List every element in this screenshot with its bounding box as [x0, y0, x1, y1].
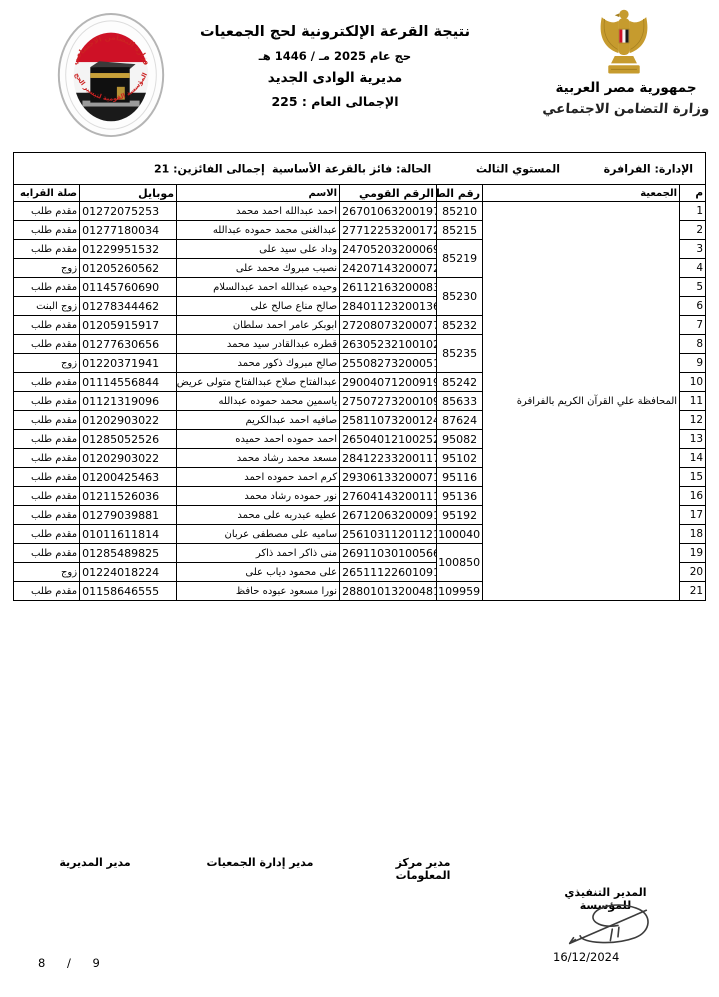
national-id-cell: 24207143200072 — [340, 259, 437, 278]
sign-directorate-manager: مدير المديرية — [45, 856, 145, 869]
name-cell: ساميه على مصطفى عربان — [177, 525, 340, 544]
relation-cell: مقدم طلب — [14, 240, 80, 259]
page-current: 8 — [38, 956, 45, 970]
national-id-cell: 26712063200091 — [340, 506, 437, 525]
mobile-cell: 01114556844 — [80, 373, 177, 392]
name-cell: على محمود دياب على — [177, 563, 340, 582]
row-number-cell: 14 — [680, 449, 706, 468]
ministry-calligraphy: وزارة التضامن الاجتماعي — [537, 101, 714, 117]
column-header: صلة القرابه — [14, 185, 80, 202]
row-number-cell: 20 — [680, 563, 706, 582]
national-id-cell: 26504012100252 — [340, 430, 437, 449]
mobile-cell: 01279039881 — [80, 506, 177, 525]
mobile-cell: 01202903022 — [80, 411, 177, 430]
national-id-cell: 25811073200124 — [340, 411, 437, 430]
directorate-line: مديرية الوادى الجديد — [185, 70, 485, 86]
row-number-cell: 11 — [680, 392, 706, 411]
document-date: 16/12/2024 — [553, 950, 619, 964]
name-cell: نصيب مبروك محمد على — [177, 259, 340, 278]
national-id-cell: 26911030100566 — [340, 544, 437, 563]
row-number-cell: 4 — [680, 259, 706, 278]
national-id-cell: 27604143200111 — [340, 487, 437, 506]
mobile-cell: 01202903022 — [80, 449, 177, 468]
row-number-cell: 5 — [680, 278, 706, 297]
row-number-cell: 1 — [680, 202, 706, 221]
national-id-cell: 25610311201121 — [340, 525, 437, 544]
mobile-cell: 01278344462 — [80, 297, 177, 316]
relation-cell: زوج — [14, 563, 80, 582]
egypt-eagle-emblem-icon — [596, 6, 652, 80]
mobile-cell: 01205260562 — [80, 259, 177, 278]
name-cell: وداد على سيد على — [177, 240, 340, 259]
column-header: رقم الطلب — [437, 185, 483, 202]
relation-cell: مقدم طلب — [14, 468, 80, 487]
relation-cell: مقدم طلب — [14, 430, 80, 449]
republic-title: جمهورية مصر العربية — [538, 80, 714, 96]
mobile-cell: 01121319096 — [80, 392, 177, 411]
row-number-cell: 6 — [680, 297, 706, 316]
relation-cell: زوج — [14, 259, 80, 278]
column-header: الجمعية — [483, 185, 680, 202]
mobile-cell: 01158646555 — [80, 582, 177, 601]
column-header: موبايل — [80, 185, 177, 202]
relation-cell: مقدم طلب — [14, 373, 80, 392]
mobile-cell: 01272075253 — [80, 202, 177, 221]
request-number-cell: 109959 — [437, 582, 483, 601]
name-cell: مسعد محمد رشاد محمد — [177, 449, 340, 468]
row-number-cell: 17 — [680, 506, 706, 525]
national-id-cell: 29306133200071 — [340, 468, 437, 487]
row-number-cell: 19 — [680, 544, 706, 563]
mobile-cell: 01011611814 — [80, 525, 177, 544]
name-cell: صالح مناع صالح على — [177, 297, 340, 316]
mobile-cell: 01229951532 — [80, 240, 177, 259]
relation-cell: زوج — [14, 354, 80, 373]
relation-cell: مقدم طلب — [14, 544, 80, 563]
column-header: م — [680, 185, 706, 202]
row-number-cell: 10 — [680, 373, 706, 392]
request-number-cell: 95136 — [437, 487, 483, 506]
name-cell: صالح مبروك ذكور محمد — [177, 354, 340, 373]
national-id-cell: 26701063200197 — [340, 202, 437, 221]
name-cell: نور حموده رشاد محمد — [177, 487, 340, 506]
request-number-cell: 95082 — [437, 430, 483, 449]
name-cell: وحيده عبدالله احمد عبدالسلام — [177, 278, 340, 297]
row-number-cell: 13 — [680, 430, 706, 449]
name-cell: عبدالفتاح صلاح عبدالفتاح متولى عريض — [177, 373, 340, 392]
column-header: الرقم القومي — [340, 185, 437, 202]
national-id-cell: 27208073200077 — [340, 316, 437, 335]
relation-cell: مقدم طلب — [14, 506, 80, 525]
signature-scribble — [556, 898, 661, 950]
info-row: الإدارة: الفرافرة المستوي الثالث الحالة:… — [14, 153, 706, 185]
sign-info-center-manager: مدير مركز المعلومات — [368, 856, 478, 882]
name-cell: كرم احمد حموده احمد — [177, 468, 340, 487]
row-number-cell: 16 — [680, 487, 706, 506]
relation-cell: مقدم طلب — [14, 221, 80, 240]
grand-total-line: الإجمالى العام : 225 — [185, 94, 485, 109]
national-id-cell: 26511122601091 — [340, 563, 437, 582]
mobile-cell: 01220371941 — [80, 354, 177, 373]
row-number-cell: 8 — [680, 335, 706, 354]
page-number: 8 / 9 — [38, 956, 100, 970]
relation-cell: مقدم طلب — [14, 316, 80, 335]
request-number-cell: 95116 — [437, 468, 483, 487]
row-number-cell: 18 — [680, 525, 706, 544]
mobile-cell: 01224018224 — [80, 563, 177, 582]
national-id-cell: 26112163200083 — [340, 278, 437, 297]
sign-associations-manager: مدير إدارة الجمعيات — [205, 856, 315, 869]
level-label: المستوي الثالث — [476, 162, 560, 175]
name-cell: احمد عبدالله احمد محمد — [177, 202, 340, 221]
name-cell: عبدالغنى محمد حموده عبدالله — [177, 221, 340, 240]
request-number-cell: 85210 — [437, 202, 483, 221]
relation-cell: مقدم طلب — [14, 411, 80, 430]
name-cell: عطيه عبدربه على محمد — [177, 506, 340, 525]
mobile-cell: 01200425463 — [80, 468, 177, 487]
name-cell: ياسمين محمد حموده عبدالله — [177, 392, 340, 411]
name-cell: ابوبكر عامر احمد سلطان — [177, 316, 340, 335]
request-number-cell: 85215 — [437, 221, 483, 240]
request-number-cell: 85230 — [437, 278, 483, 316]
row-number-cell: 2 — [680, 221, 706, 240]
page-title: نتيجة القرعة الإلكترونية لحج الجمعيات — [185, 24, 485, 40]
national-id-cell: 27507273200109 — [340, 392, 437, 411]
mobile-cell: 01285052526 — [80, 430, 177, 449]
hajj-foundation-logo: وزارة التضامن الاجتماعي المؤسسة القومية … — [55, 12, 167, 140]
relation-cell: مقدم طلب — [14, 392, 80, 411]
mobile-cell: 01277180034 — [80, 221, 177, 240]
national-id-cell: 24705203200069 — [340, 240, 437, 259]
row-number-cell: 15 — [680, 468, 706, 487]
results-table: الإدارة: الفرافرة المستوي الثالث الحالة:… — [13, 152, 706, 601]
info-cell: الإدارة: الفرافرة المستوي الثالث الحالة:… — [14, 153, 706, 185]
relation-cell: مقدم طلب — [14, 582, 80, 601]
mobile-cell: 01205915917 — [80, 316, 177, 335]
document-titles: نتيجة القرعة الإلكترونية لحج الجمعيات حج… — [185, 24, 485, 109]
results-table-wrap: الإدارة: الفرافرة المستوي الثالث الحالة:… — [13, 152, 705, 601]
relation-cell: مقدم طلب — [14, 335, 80, 354]
row-number-cell: 3 — [680, 240, 706, 259]
national-id-cell: 29004071200919 — [340, 373, 437, 392]
request-number-cell: 87624 — [437, 411, 483, 430]
name-cell: صافيه احمد عبدالكريم — [177, 411, 340, 430]
relation-cell: مقدم طلب — [14, 202, 80, 221]
request-number-cell: 85235 — [437, 335, 483, 373]
row-number-cell: 9 — [680, 354, 706, 373]
association-cell: المحافظة علي القرآن الكريم بالفرافرة — [483, 202, 680, 601]
national-id-cell: 26305232100102 — [340, 335, 437, 354]
row-number-cell: 7 — [680, 316, 706, 335]
page-separator: / — [67, 956, 71, 970]
request-number-cell: 100040 — [437, 525, 483, 544]
national-id-cell: 28412233200117 — [340, 449, 437, 468]
hajj-year-line: حج عام 2025 مـ / 1446 هـ — [185, 49, 485, 63]
request-number-cell: 85219 — [437, 240, 483, 278]
name-cell: منى ذاكر احمد ذاكر — [177, 544, 340, 563]
relation-cell: زوج البنت — [14, 297, 80, 316]
national-id-cell: 28801013200481 — [340, 582, 437, 601]
request-number-cell: 95102 — [437, 449, 483, 468]
request-number-cell: 100850 — [437, 544, 483, 582]
status-label: الحالة: فائز بالقرعة الأساسية — [272, 162, 431, 175]
results-table-body: الإدارة: الفرافرة المستوي الثالث الحالة:… — [14, 153, 706, 601]
column-header: الاسم — [177, 185, 340, 202]
request-number-cell: 85242 — [437, 373, 483, 392]
mobile-cell: 01145760690 — [80, 278, 177, 297]
request-number-cell: 85232 — [437, 316, 483, 335]
relation-cell: مقدم طلب — [14, 278, 80, 297]
row-number-cell: 12 — [680, 411, 706, 430]
relation-cell: مقدم طلب — [14, 525, 80, 544]
national-id-cell: 27712253200172 — [340, 221, 437, 240]
mobile-cell: 01285489825 — [80, 544, 177, 563]
relation-cell: مقدم طلب — [14, 487, 80, 506]
mobile-cell: 01211526036 — [80, 487, 177, 506]
table-row: 1المحافظة علي القرآن الكريم بالفرافرة852… — [14, 202, 706, 221]
national-id-cell: 25508273200051 — [340, 354, 437, 373]
row-number-cell: 21 — [680, 582, 706, 601]
mobile-cell: 01277630656 — [80, 335, 177, 354]
name-cell: نورا مسعود عبوده حافظ — [177, 582, 340, 601]
page-total: 9 — [93, 956, 100, 970]
national-id-cell: 28401123200136 — [340, 297, 437, 316]
table-header-row: مالجمعيةرقم الطلبالرقم القوميالاسمموبايل… — [14, 185, 706, 202]
name-cell: قطره عبدالقادر سيد محمد — [177, 335, 340, 354]
request-number-cell: 85633 — [437, 392, 483, 411]
relation-cell: مقدم طلب — [14, 449, 80, 468]
name-cell: احمد حموده احمد حميده — [177, 430, 340, 449]
administration-label: الإدارة: الفرافرة — [604, 162, 693, 175]
total-winners-label: إجمالى الفائزين: 21 — [154, 162, 265, 175]
request-number-cell: 95192 — [437, 506, 483, 525]
document-page: وزارة التضامن الاجتماعي المؤسسة القومية … — [0, 0, 719, 997]
